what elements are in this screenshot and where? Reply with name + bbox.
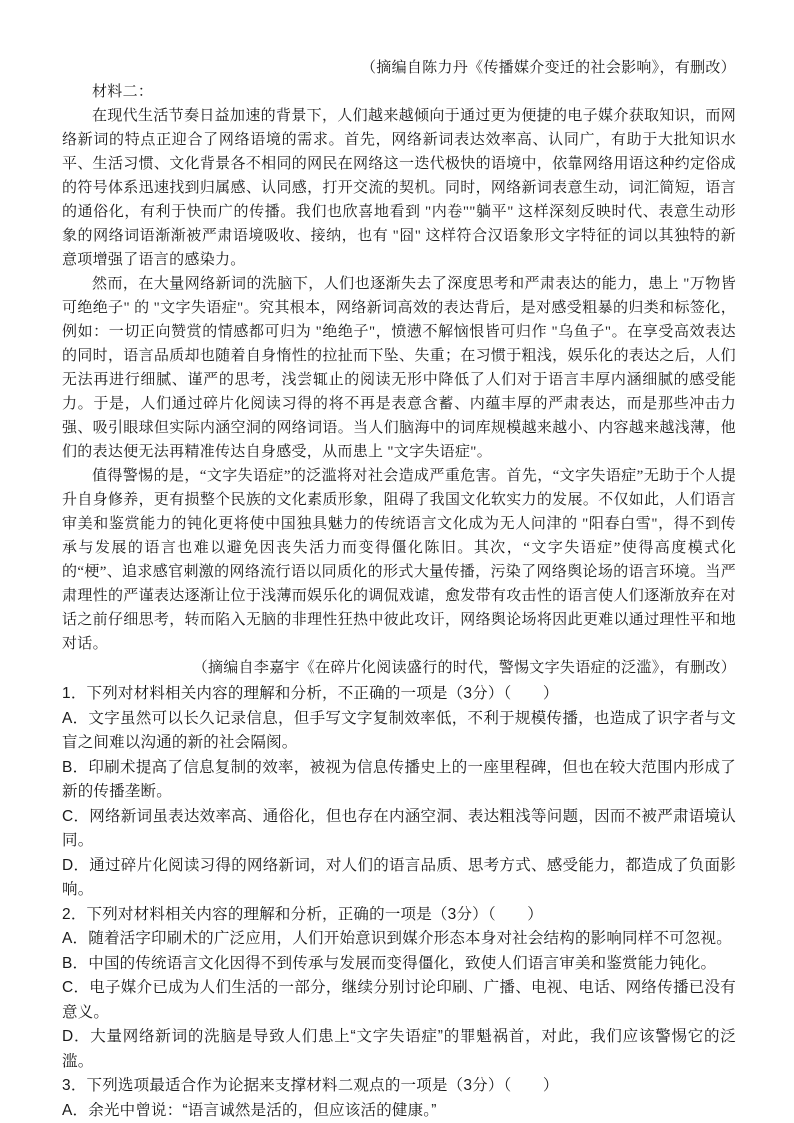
- question-1-option-c: C．网络新词虽表达效率高、通俗化，但也存在内涵空洞、表达粗浅等问题，因而不被严肃…: [62, 805, 736, 854]
- material-two-paragraph-3: 值得警惕的是，“文字失语症”的泛滥将对社会造成严重危害。首先，“文字失语症”无助…: [62, 464, 736, 656]
- question-2-option-a: A．随着活字印刷术的广泛应用，人们开始意识到媒介形态本身对社会结构的影响同样不可…: [62, 927, 736, 952]
- questions-section: 1．下列对材料相关内容的理解和分析，不正确的一项是（3分）（ ） A．文字虽然可…: [62, 682, 736, 1123]
- material-two-paragraph-1: 在现代生活节奏日益加速的背景下，人们越来越倾向于通过更为便捷的电子媒介获取知识，…: [62, 104, 736, 272]
- question-1-stem: 1．下列对材料相关内容的理解和分析，不正确的一项是（3分）（ ）: [62, 682, 736, 707]
- question-1-option-d: D．通过碎片化阅读习得的网络新词，对人们的语言品质、思考方式、感受能力，都造成了…: [62, 854, 736, 903]
- exam-page: （摘编自陈力丹《传播媒介变迁的社会影响》，有删改） 材料二： 在现代生活节奏日益…: [0, 0, 794, 1123]
- question-2-option-b: B．中国的传统语言文化因得不到传承与发展而变得僵化，致使人们语言审美和鉴赏能力钝…: [62, 952, 736, 977]
- question-2-option-d: D．大量网络新词的洗脑是导致人们患上“文字失语症”的罪魁祸首，对此，我们应该警惕…: [62, 1025, 736, 1074]
- material-two-paragraph-2: 然而，在大量网络新词的洗脑下，人们也逐渐失去了深度思考和严肃表达的能力，患上 "…: [62, 272, 736, 464]
- question-2-stem: 2．下列对材料相关内容的理解和分析，正确的一项是（3分）（ ）: [62, 903, 736, 928]
- question-1-option-a: A．文字虽然可以长久记录信息，但手写文字复制效率低，不利于规模传播，也造成了识字…: [62, 707, 736, 756]
- question-3-option-a: A．余光中曾说：“语言诚然是活的，但应该活的健康。”: [62, 1099, 736, 1123]
- question-2-option-c: C．电子媒介已成为人们生活的一部分，继续分别讨论印刷、广播、电视、电话、网络传播…: [62, 976, 736, 1025]
- material-two-section: 材料二： 在现代生活节奏日益加速的背景下，人们越来越倾向于通过更为便捷的电子媒介…: [62, 80, 736, 680]
- material-one-source-note: （摘编自陈力丹《传播媒介变迁的社会影响》，有删改）: [62, 56, 736, 80]
- material-two-source-note: （摘编自李嘉宇《在碎片化阅读盛行的时代，警惕文字失语症的泛滥》，有删改）: [62, 656, 736, 680]
- question-1-option-b: B．印刷术提高了信息复制的效率，被视为信息传播史上的一座里程碑，但也在较大范围内…: [62, 756, 736, 805]
- material-two-label: 材料二：: [62, 80, 736, 104]
- question-3-stem: 3．下列选项最适合作为论据来支撑材料二观点的一项是（3分）（ ）: [62, 1074, 736, 1099]
